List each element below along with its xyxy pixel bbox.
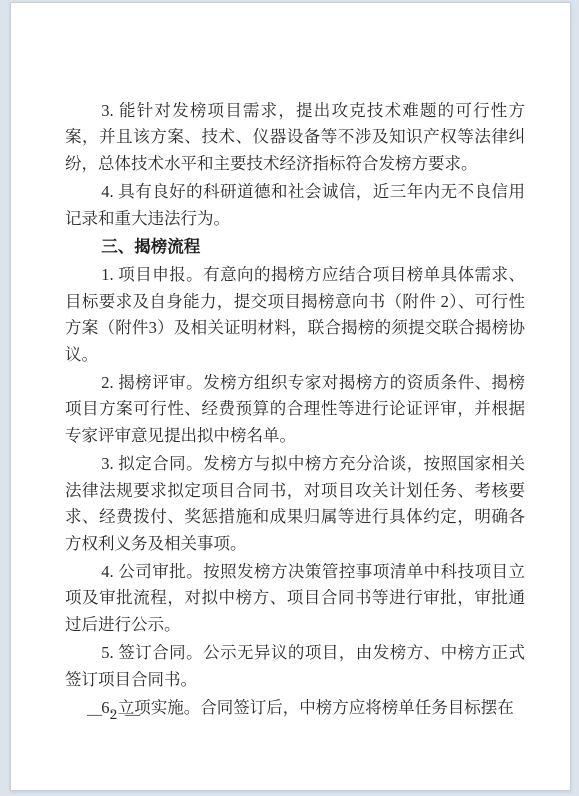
page-number: — 2 — — [87, 707, 142, 724]
body-paragraph: 2. 揭榜评审。发榜方组织专家对揭榜方的资质条件、揭榜项目方案可行性、经费预算的… — [65, 370, 525, 449]
body-paragraph: 1. 项目申报。有意向的揭榜方应结合项目榜单具体需求、目标要求及自身能力，提交项… — [65, 262, 525, 368]
body-paragraph: 5. 签订合同。公示无异议的项目，由发榜方、中榜方正式签订项目合同书。 — [65, 640, 525, 693]
document-page: 3. 能针对发榜项目需求，提出攻克技术难题的可行性方案，并且该方案、技术、仪器设… — [10, 2, 571, 791]
body-paragraph: 3. 能针对发榜项目需求，提出攻克技术难题的可行性方案，并且该方案、技术、仪器设… — [65, 98, 525, 177]
body-paragraph: 4. 具有良好的科研道德和社会诚信，近三年内无不良信用记录和重大违法行为。 — [65, 179, 525, 232]
body-paragraph: 4. 公司审批。按照发榜方决策管控事项清单中科技项目立项及审批流程，对拟中榜方、… — [65, 559, 525, 638]
document-body: 3. 能针对发榜项目需求，提出攻克技术难题的可行性方案，并且该方案、技术、仪器设… — [65, 98, 525, 723]
section-heading: 三、揭榜流程 — [65, 234, 525, 260]
document-viewer: { "document": { "background_color": "#db… — [0, 0, 579, 796]
body-paragraph: 3. 拟定合同。发榜方与拟中榜方充分洽谈，按照国家相关法律法规要求拟定项目合同书… — [65, 451, 525, 557]
